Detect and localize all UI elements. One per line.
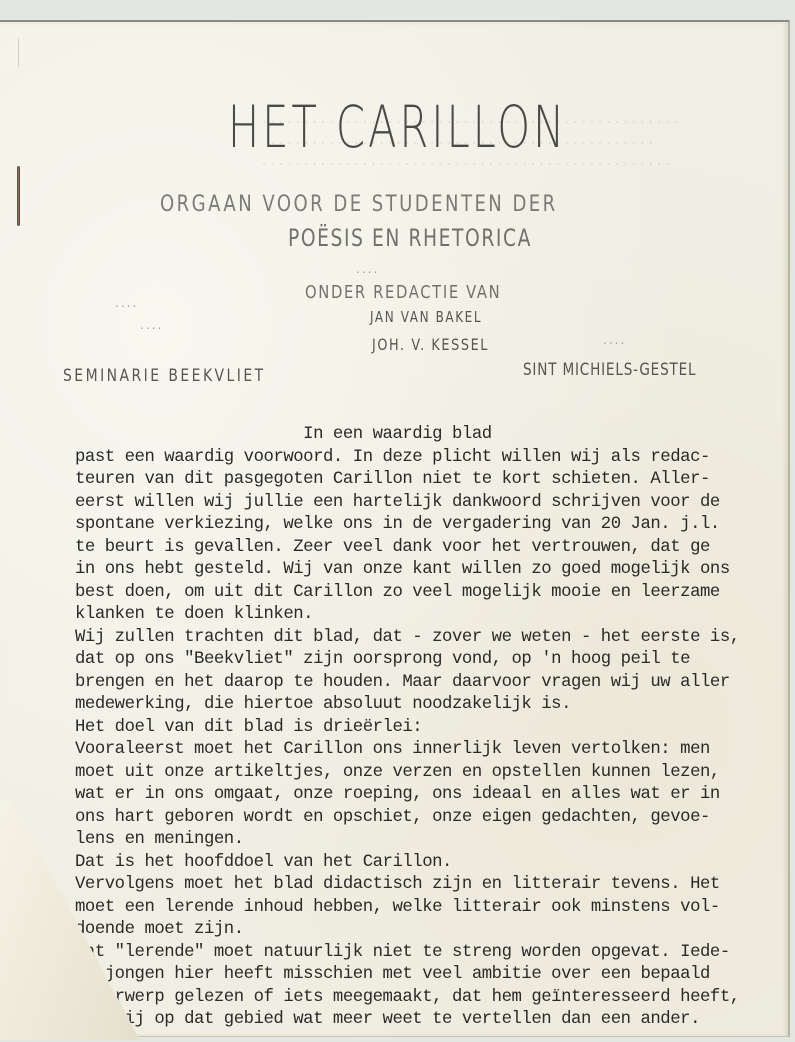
article-line: in ons hebt gesteld. Wij van onze kant w… <box>75 559 775 582</box>
article-body: In een waardig bladpast een waardig voor… <box>75 424 775 1032</box>
staple <box>17 166 20 226</box>
article-line: ons hart geboren wordt en opschiet, onze… <box>75 807 775 830</box>
article-line: medewerking, die hiertoe absoluut noodza… <box>75 694 775 717</box>
article-line: te beurt is gevallen. Zeer veel dank voo… <box>75 537 775 560</box>
article-line: In een waardig blad <box>75 424 775 447</box>
masthead-subtitle-line1: ORGAAN VOOR DE STUDENTEN DER <box>160 192 558 217</box>
article-line: Dat is het hoofddoel van het Carillon. <box>75 852 775 875</box>
article-line: moet een lerende inhoud hebben, welke li… <box>75 897 775 920</box>
masthead-subtitle-line2: POËSIS EN RHETORICA <box>288 224 532 252</box>
article-line: Vooraleerst moet het Carillon ons innerl… <box>75 739 775 762</box>
ornament-dots: .... <box>603 333 626 347</box>
article-line: re jongen hier heeft misschien met veel … <box>75 964 775 987</box>
article-line: past een waardig voorwoord. In deze plic… <box>75 447 775 470</box>
location-name: SINT MICHIELS-GESTEL <box>523 360 696 380</box>
masthead-title: HET CARILLON <box>111 93 683 161</box>
institution-name: SEMINARIE BEEKVLIET <box>63 366 266 386</box>
article-line: onderwerp gelezen of iets meegemaakt, da… <box>75 987 775 1010</box>
editorial-label: ONDER REDACTIE VAN <box>305 282 501 303</box>
article-line: lens en meningen. <box>75 829 775 852</box>
article-line: brengen en het daarop te houden. Maar da… <box>75 672 775 695</box>
article-line: Het doel van dit blad is drieërlei: <box>75 717 775 740</box>
article-line: Vervolgens moet het blad didactisch zijn… <box>75 874 775 897</box>
folded-corner <box>0 39 19 78</box>
article-line: wat er in ons omgaat, onze roeping, ons … <box>75 784 775 807</box>
article-line: moet uit onze artikeltjes, onze verzen e… <box>75 762 775 785</box>
editor-name: JOH. V. KESSEL <box>372 335 489 354</box>
article-line: dat hij op dat gebied wat meer weet te v… <box>75 1009 775 1032</box>
editor-name: JAN VAN BAKEL <box>370 308 482 326</box>
article-line: klanken te doen klinken. <box>75 604 775 627</box>
article-line: Dat "lerende" moet natuurlijk niet te st… <box>75 942 775 965</box>
article-line: best doen, om uit dit Carillon zo veel m… <box>75 582 775 605</box>
article-line: doende moet zijn. <box>75 919 775 942</box>
article-line: eerst willen wij jullie een hartelijk da… <box>75 492 775 515</box>
ornament-dots: .... <box>140 318 163 332</box>
article-line: spontane verkiezing, welke ons in de ver… <box>75 514 775 537</box>
ornament-dots: .... <box>115 296 138 310</box>
article-line: dat op ons "Beekvliet" zijn oorsprong vo… <box>75 649 775 672</box>
ornament-dots: .... <box>356 262 379 276</box>
article-line: teuren van dit pasgegoten Carillon niet … <box>75 469 775 492</box>
article-line: Wij zullen trachten dit blad, dat - zove… <box>75 627 775 650</box>
